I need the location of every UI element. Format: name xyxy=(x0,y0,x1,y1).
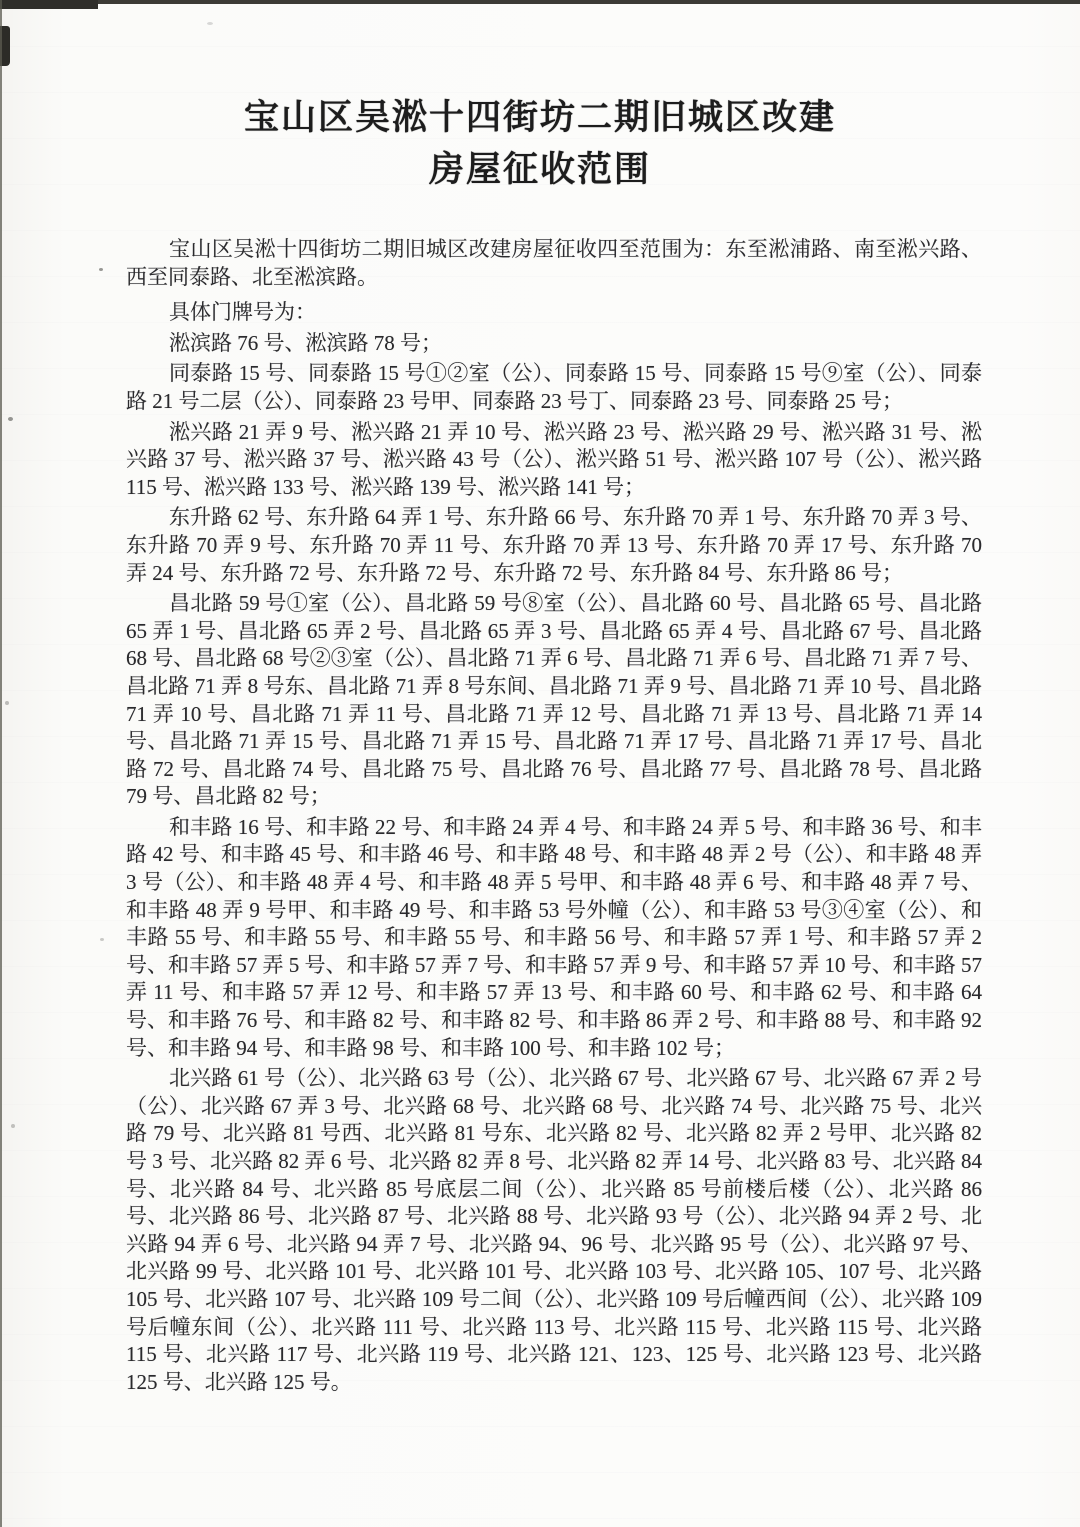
scanned-document-page: 宝山区吴淞十四街坊二期旧城区改建 房屋征收范围 宝山区吴淞十四街坊二期旧城区改建… xyxy=(0,0,1080,1527)
document-body: 宝山区吴淞十四街坊二期旧城区改建房屋征收四至范围为：东至淞浦路、南至淞兴路、西至… xyxy=(0,236,1080,1396)
scan-edge-left xyxy=(0,0,2,1527)
scan-edge-top-left xyxy=(0,0,98,9)
scan-speck xyxy=(8,417,13,421)
scan-speck xyxy=(100,938,104,941)
paragraph-hefeng-road: 和丰路 16 号、和丰路 22 号、和丰路 24 弄 4 号、和丰路 24 弄 … xyxy=(126,814,982,1062)
scan-speck xyxy=(11,1124,15,1128)
paragraph-changbei-road: 昌北路 59 号①室（公）、昌北路 59 号⑧室（公）、昌北路 60 号、昌北路… xyxy=(126,590,982,811)
paragraph-dongsheng-road: 东升路 62 号、东升路 64 弄 1 号、东升路 66 号、东升路 70 弄 … xyxy=(126,504,982,587)
paragraph-songbin-road: 淞滨路 76 号、淞滨路 78 号； xyxy=(126,330,982,358)
title-line-1: 宝山区吴淞十四街坊二期旧城区改建 xyxy=(0,92,1080,144)
scan-speck xyxy=(99,268,103,271)
scan-speck xyxy=(207,22,213,25)
paragraph-beixing-road: 北兴路 61 号（公）、北兴路 63 号（公）、北兴路 67 号、北兴路 67 … xyxy=(126,1065,982,1396)
paragraph-songxing-road: 淞兴路 21 弄 9 号、淞兴路 21 弄 10 号、淞兴路 23 号、淞兴路 … xyxy=(126,419,982,502)
title-line-2: 房屋征收范围 xyxy=(0,144,1080,196)
scan-speck xyxy=(5,701,9,705)
subheading-paragraph: 具体门牌号为： xyxy=(126,299,982,327)
paragraph-tongtai-road: 同泰路 15 号、同泰路 15 号①②室（公）、同泰路 15 号、同泰路 15 … xyxy=(126,360,982,415)
document-title: 宝山区吴淞十四街坊二期旧城区改建 房屋征收范围 xyxy=(0,0,1080,196)
intro-paragraph: 宝山区吴淞十四街坊二期旧城区改建房屋征收四至范围为：东至淞浦路、南至淞兴路、西至… xyxy=(126,236,982,291)
scan-edge-top xyxy=(0,0,1080,4)
